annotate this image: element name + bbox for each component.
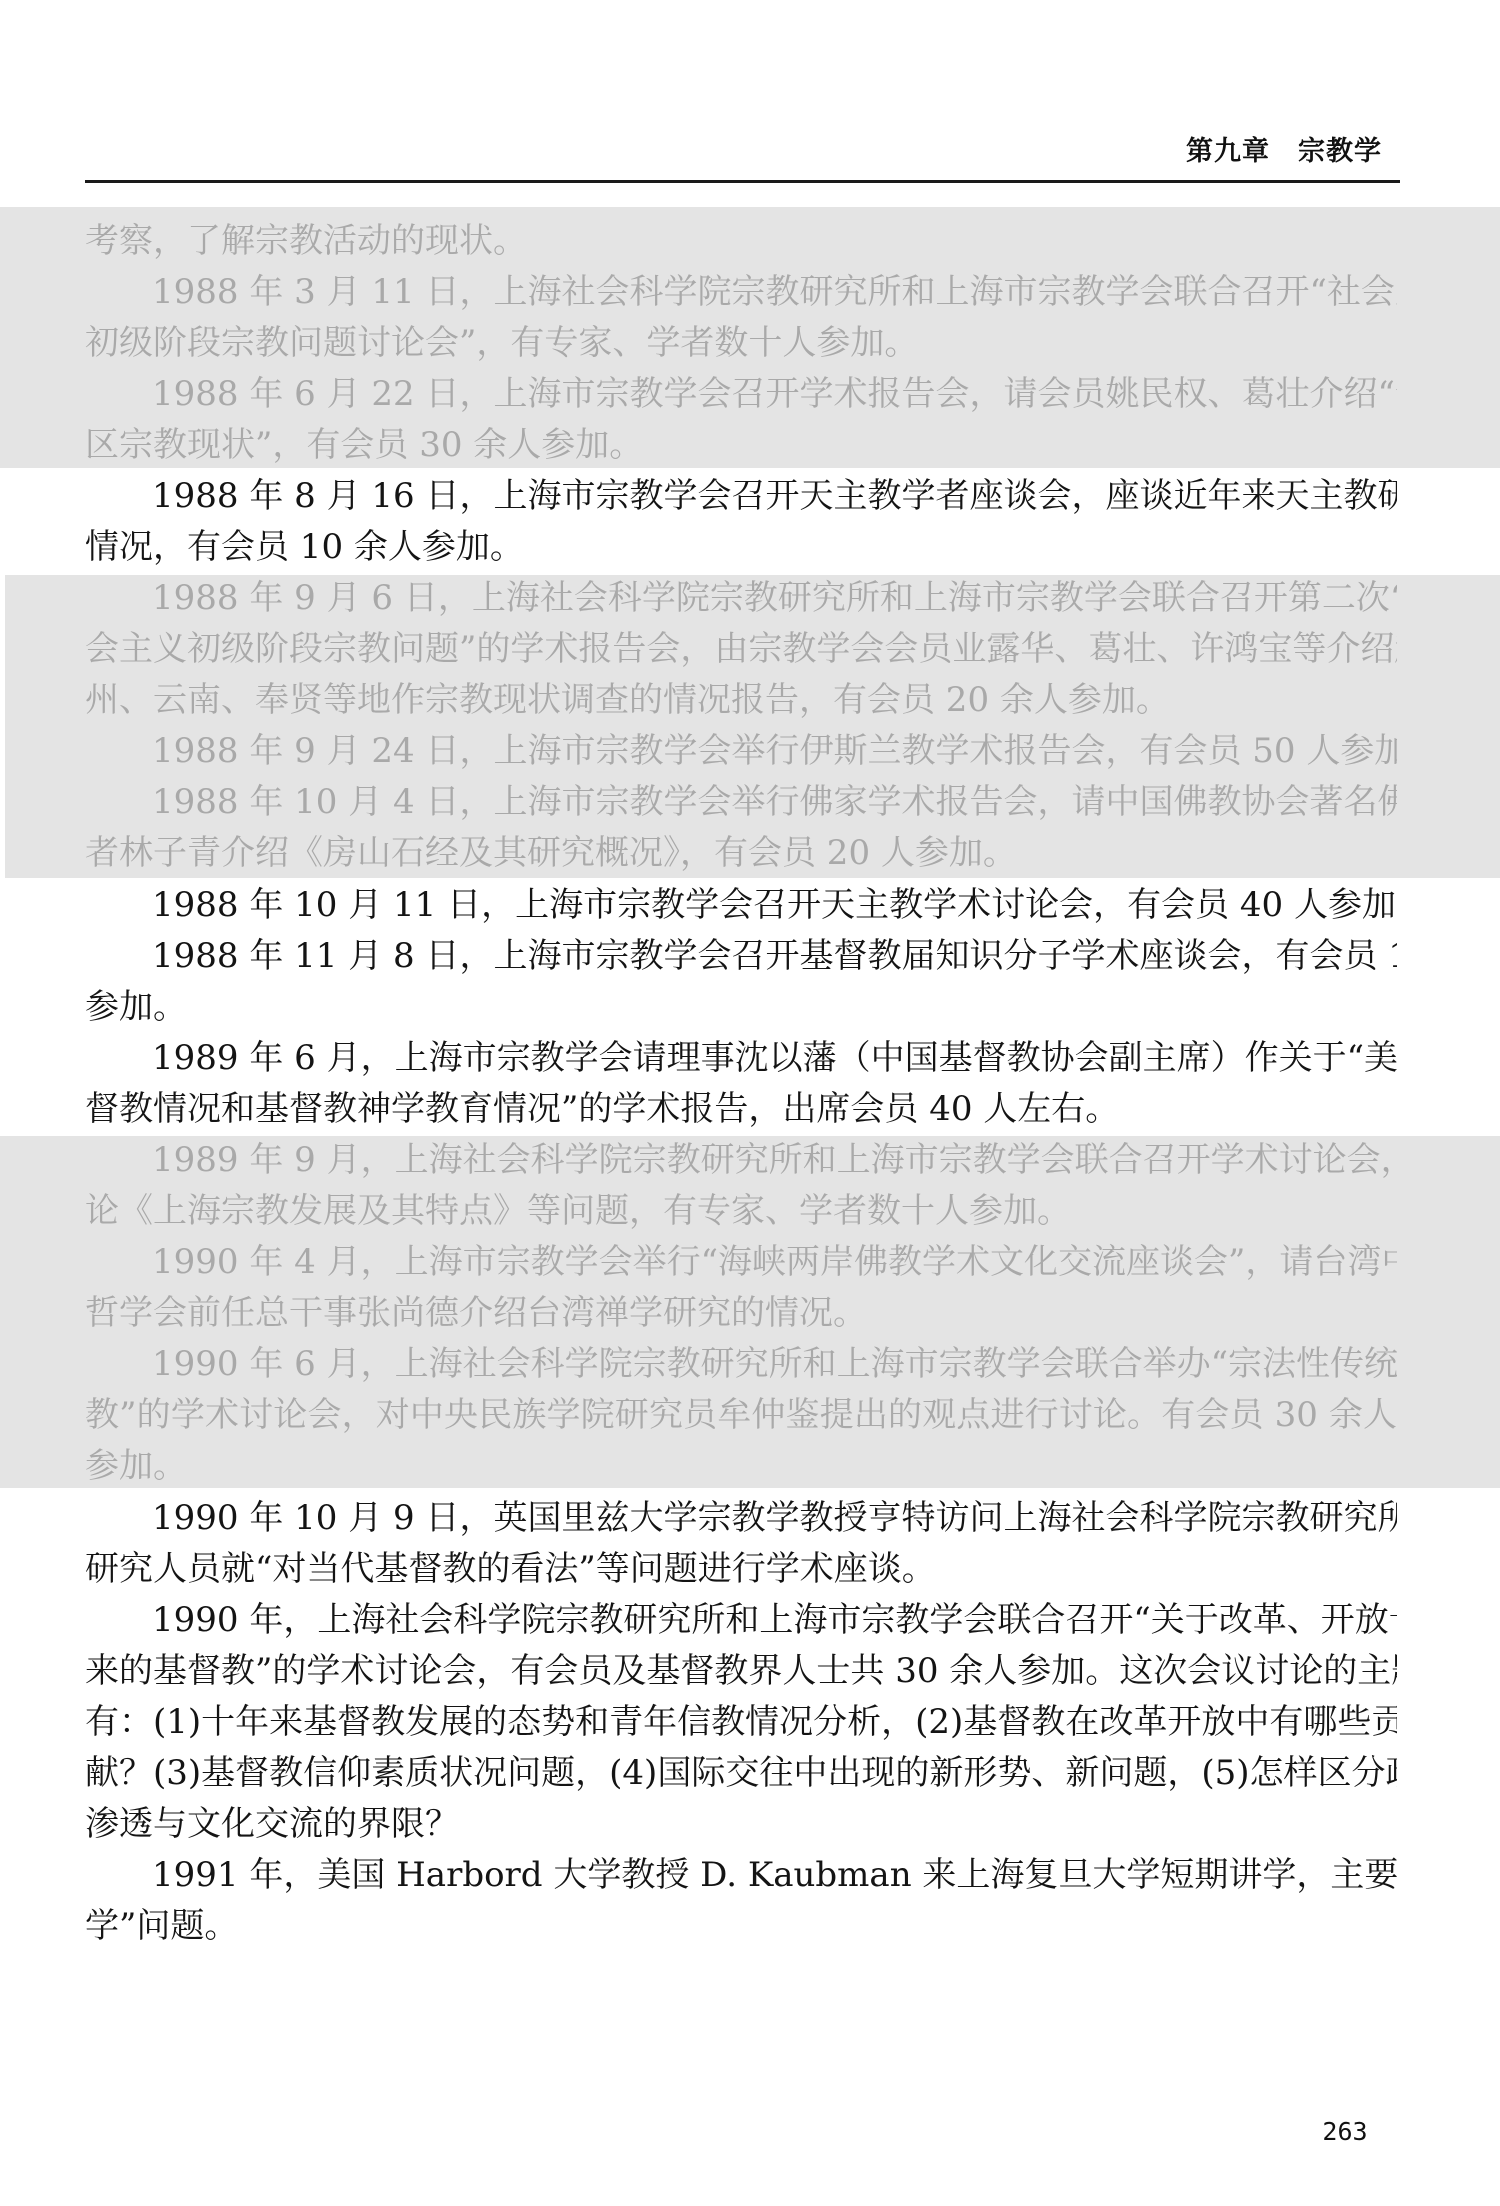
faded-text-line: 哲学会前任总干事张尚德介绍台湾禅学研究的情况。 bbox=[85, 1288, 1397, 1339]
text-line: 情况，有会员 10 余人参加。 bbox=[85, 522, 1397, 573]
faded-text-line: 1990 年 6 月，上海社会科学院宗教研究所和上海市宗教学会联合举办“宗法性传… bbox=[152, 1339, 1397, 1390]
text-line: 渗透与文化交流的界限？ bbox=[85, 1799, 1397, 1850]
text-line: 1990 年，上海社会科学院宗教研究所和上海市宗教学会联合召开“关于改革、开放十… bbox=[152, 1595, 1397, 1646]
header-rule bbox=[85, 180, 1400, 183]
running-head: 第九章 宗教学 bbox=[1160, 128, 1382, 176]
text-line: 献？(3)基督教信仰素质状况问题，(4)国际交往中出现的新形势、新问题，(5)怎… bbox=[85, 1748, 1397, 1799]
text-line: 来的基督教”的学术讨论会，有会员及基督教界人士共 30 余人参加。这次会议讨论的… bbox=[85, 1646, 1397, 1697]
text-line: 1988 年 8 月 16 日，上海市宗教学会召开天主教学者座谈会，座谈近年来天… bbox=[152, 471, 1397, 522]
faded-text-line: 1988 年 9 月 6 日，上海社会科学院宗教研究所和上海市宗教学会联合召开第… bbox=[152, 573, 1397, 624]
text-line: 1988 年 10 月 11 日，上海市宗教学会召开天主教学术讨论会，有会员 4… bbox=[152, 880, 1397, 931]
faded-text-line: 1988 年 10 月 4 日，上海市宗教学会举行佛家学术报告会，请中国佛教协会… bbox=[152, 777, 1397, 828]
faded-text-line: 初级阶段宗教问题讨论会”，有专家、学者数十人参加。 bbox=[85, 318, 1397, 369]
faded-text-line: 1988 年 3 月 11 日，上海社会科学院宗教研究所和上海市宗教学会联合召开… bbox=[152, 267, 1397, 318]
text-line: 学”问题。 bbox=[85, 1901, 1397, 1952]
faded-text-line: 会主义初级阶段宗教问题”的学术报告会，由宗教学会会员业露华、葛壮、许鸿宝等介绍赴… bbox=[85, 624, 1397, 675]
faded-text-line: 1988 年 6 月 22 日，上海市宗教学会召开学术报告会，请会员姚民权、葛壮… bbox=[152, 369, 1397, 420]
faded-text-line: 参加。 bbox=[85, 1441, 1397, 1492]
faded-text-line: 考察，了解宗教活动的现状。 bbox=[85, 216, 1397, 267]
faded-text-line: 区宗教现状”，有会员 30 余人参加。 bbox=[85, 420, 1397, 471]
faded-text-line: 者林子青介绍《房山石经及其研究概况》，有会员 20 人参加。 bbox=[85, 828, 1397, 879]
text-line: 参加。 bbox=[85, 982, 1397, 1033]
text-line: 督教情况和基督教神学教育情况”的学术报告，出席会员 40 人左右。 bbox=[85, 1084, 1397, 1135]
faded-text-line: 论《上海宗教发展及其特点》等问题，有专家、学者数十人参加。 bbox=[85, 1186, 1397, 1237]
text-line: 研究人员就“对当代基督教的看法”等问题进行学术座谈。 bbox=[85, 1544, 1397, 1595]
faded-text-line: 1990 年 4 月，上海市宗教学会举行“海峡两岸佛教学术文化交流座谈会”，请台… bbox=[152, 1237, 1397, 1288]
text-line: 1990 年 10 月 9 日，英国里兹大学宗教学教授亨特访问上海社会科学院宗教… bbox=[152, 1493, 1397, 1544]
faded-text-line: 州、云南、奉贤等地作宗教现状调查的情况报告，有会员 20 余人参加。 bbox=[85, 675, 1397, 726]
page-number: 263 bbox=[1310, 2112, 1380, 2152]
faded-text-line: 教”的学术讨论会，对中央民族学院研究员牟仲鉴提出的观点进行讨论。有会员 30 余… bbox=[85, 1390, 1397, 1441]
text-line: 1991 年，美国 Harbord 大学教授 D. Kaubman 来上海复旦大… bbox=[152, 1850, 1397, 1901]
text-line: 有：(1)十年来基督教发展的态势和青年信教情况分析，(2)基督教在改革开放中有哪… bbox=[85, 1697, 1397, 1748]
text-line: 1988 年 11 月 8 日，上海市宗教学会召开基督教届知识分子学术座谈会，有… bbox=[152, 931, 1397, 982]
faded-text-line: 1989 年 9 月，上海社会科学院宗教研究所和上海市宗教学会联合召开学术讨论会… bbox=[152, 1135, 1397, 1186]
text-line: 1989 年 6 月，上海市宗教学会请理事沈以藩（中国基督教协会副主席）作关于“… bbox=[152, 1033, 1397, 1084]
faded-text-line: 1988 年 9 月 24 日，上海市宗教学会举行伊斯兰教学术报告会，有会员 5… bbox=[152, 726, 1397, 777]
